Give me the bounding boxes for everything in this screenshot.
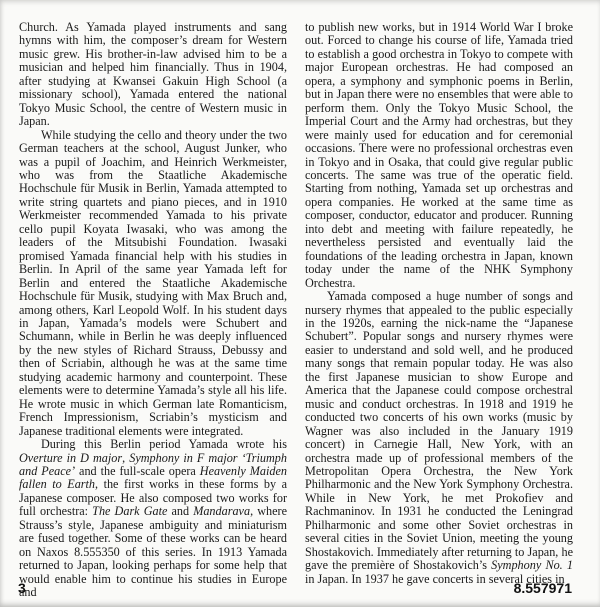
page-number: 3 [18,580,26,596]
text-run: Church. As Yamada played instruments and… [19,20,287,128]
text-run: Yamada composed a huge number of songs a… [305,289,573,572]
italic-title: The Dark Gate [92,504,167,518]
text-run: , where Strauss’s style, Japanese ambigu… [19,504,287,599]
italic-title: Symphony No. 1 [491,558,573,572]
paragraph: During this Berlin period Yamada wrote h… [19,438,287,599]
right-text-column: to publish new works, but in 1914 World … [305,21,573,586]
booklet-page: Church. As Yamada played instruments and… [0,0,600,607]
text-run: to publish new works, but in 1914 World … [305,20,573,290]
italic-title: Mandarava [193,504,250,518]
paragraph: Yamada composed a huge number of songs a… [305,290,573,586]
text-run: and [167,504,193,518]
text-run: While studying the cello and theory unde… [19,128,287,438]
text-run: During this Berlin period Yamada wrote h… [41,437,287,451]
paragraph: While studying the cello and theory unde… [19,129,287,438]
catalogue-number: 8.557971 [514,580,572,596]
paragraph: to publish new works, but in 1914 World … [305,21,573,290]
text-run: and the full-scale opera [75,464,200,478]
left-text-column: Church. As Yamada played instruments and… [19,21,287,599]
italic-title: Overture in D major [19,451,122,465]
paragraph: Church. As Yamada played instruments and… [19,21,287,129]
